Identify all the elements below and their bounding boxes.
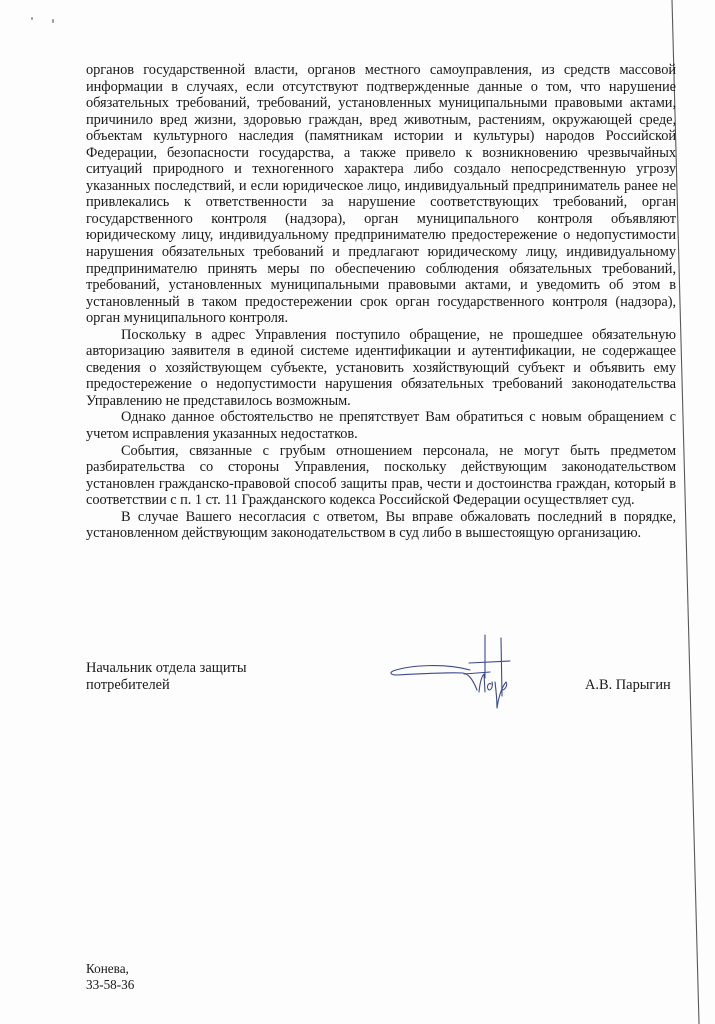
speck [52,19,54,23]
paragraph-may-reapply: Однако данное обстоятельство не препятст… [86,409,676,442]
paragraph-legal-basis: органов государственной власти, органов … [86,62,676,327]
speck [31,17,33,20]
signatory-position-line1: Начальник отдела защиты [86,660,246,677]
handwritten-signature-icon [385,630,520,715]
signatory-position: Начальник отдела защиты потребителей [86,660,246,693]
signatory-position-line2: потребителей [86,677,246,694]
signatory-name: А.В. Парыгин [585,677,671,694]
paragraph-appeal-rights: В случае Вашего несогласия с ответом, Вы… [86,509,676,542]
executor-phone: 33-58-36 [86,977,134,993]
scanned-letter-page: органов государственной власти, органов … [0,0,715,1024]
letter-body: органов государственной власти, органов … [86,62,676,542]
signature-block: Начальник отдела защиты потребителей А.В… [86,660,676,720]
executor-contact: Конева, 33-58-36 [86,961,134,992]
paragraph-civil-remedy: События, связанные с грубым отношением п… [86,443,676,509]
executor-name: Конева, [86,961,134,977]
paragraph-unable-to-warn: Поскольку в адрес Управления поступило о… [86,327,676,410]
